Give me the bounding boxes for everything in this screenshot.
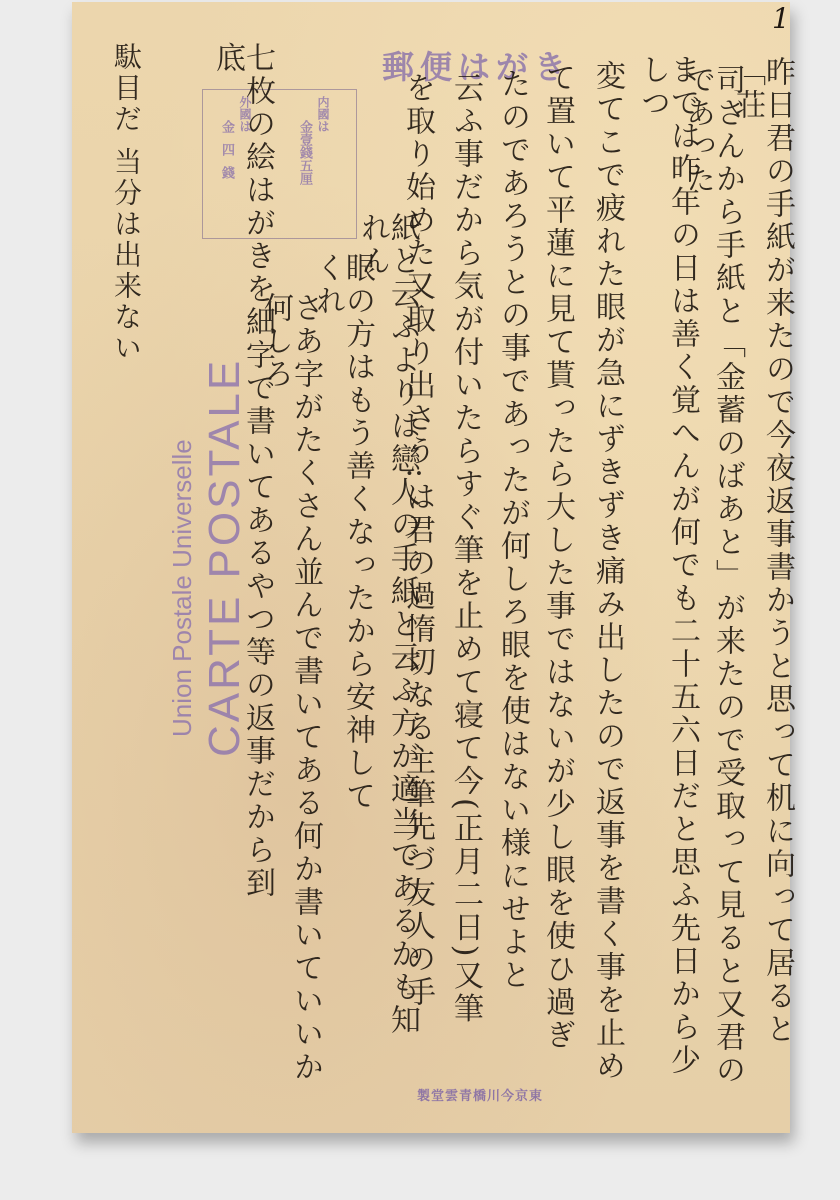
page-number: 1 [772,2,790,35]
handwriting-column-4: 変てこで疲れた眼が急にずきずき痛み出したので返事を書く事を止め [592,60,622,1120]
union-postale-text: Union Postale Universelle [167,439,198,737]
postcard: 郵便はがき 内國は 金壹錢五厘 外國は 金四錢 Union Postale Un… [72,2,790,1133]
handwriting-column-3: までは昨年の日は善く覚へんが何でも二十五六日だと思ふ先日から少しつ [637,54,697,1094]
handwriting-column-5: て置いて平蓮に見て貰ったら大した事ではないが少し眼を使ひ過ぎ [542,62,572,1092]
handwriting-column-13: 駄目だ 当分は出来ない [112,42,140,1102]
domestic-rate: 金壹錢五厘 [295,120,314,185]
domestic-label: 内國は [315,96,332,132]
handwriting-column-7: 云ふ事だから気が付いたらすぐ筆を止めて寝て今(正月二日)又筆 [450,72,480,1072]
printer-mark: 製堂雲青橋川今京東 [417,1085,543,1104]
handwriting-column-6: たのであろうとの事であったが何しろ眼を使はない様にせよと [497,68,527,1068]
handwriting-column-12: 七枚の絵はがきを細字で書いてあるやつ等の返事だから到底 [212,42,272,912]
